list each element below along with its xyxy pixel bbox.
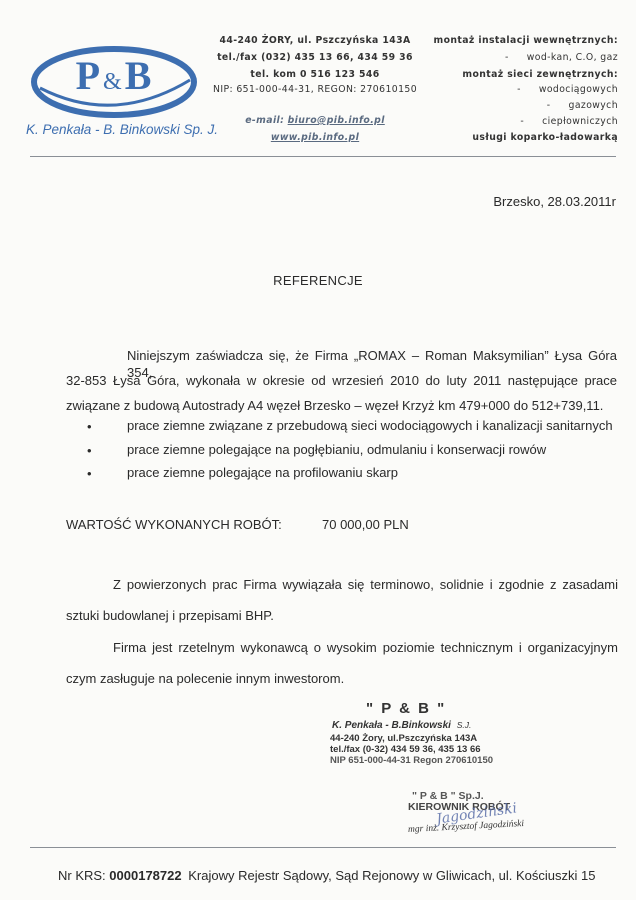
value-amount: 70 000,00 PLN <box>322 516 409 533</box>
stamp-owners-text: K. Penkała - B.Binkowski <box>332 720 451 731</box>
logo-letter-b: B <box>125 53 153 98</box>
krs-number: 0000178722 <box>109 868 181 883</box>
dash: - <box>520 116 524 127</box>
service-item: wodociągowych <box>539 84 618 95</box>
company-name: K. Penkała - B. Binkowski Sp. J. <box>22 122 222 137</box>
signatory-name: mgr inż. Krzysztof Jagodziński <box>408 819 524 835</box>
service-item: gazowych <box>569 100 618 111</box>
company-nip-regon: NIP: 651-000-44-31, REGON: 270610150 <box>200 84 430 95</box>
email-link[interactable]: biuro@pib.info.pl <box>288 115 385 126</box>
services-external-item: -gazowych <box>547 100 618 111</box>
company-address: 44-240 ŻORY, ul. Pszczyńska 143A <box>200 35 430 46</box>
bullet-icon: • <box>87 466 92 481</box>
stamp-owners: K. Penkała - B.Binkowski S.J. <box>332 720 471 731</box>
services-external-item: -ciepłowniczych <box>520 116 618 127</box>
value-label: WARTOŚĆ WYKONANYCH ROBÓT: <box>66 516 282 533</box>
paragraph-2-line-1: Z powierzonych prac Firma wywiązała się … <box>113 576 618 593</box>
services-internal-title: montaż instalacji wewnętrznych: <box>434 35 618 46</box>
work-item: prace ziemne polegające na profilowaniu … <box>127 465 398 480</box>
service-item: ciepłowniczych <box>542 116 618 127</box>
logo-letter-p: P <box>76 53 101 98</box>
footer-divider <box>30 847 616 848</box>
services-extra: usługi koparko-ładowarką <box>472 132 618 143</box>
paragraph-3-line-2: czym zasługuje na polecenie innym inwest… <box>66 670 344 687</box>
stamp-nip-regon: NIP 651-000-44-31 Regon 270610150 <box>330 755 493 766</box>
company-email-row: e-mail: biuro@pib.info.pl <box>200 115 430 126</box>
bullet-icon: • <box>87 443 92 458</box>
logo-ampersand: & <box>103 69 123 95</box>
document-title: REFERENCJE <box>0 272 636 289</box>
stamp-telfax: tel./fax (0-32) 434 59 36, 435 13 66 <box>330 744 481 755</box>
stamp-suffix: S.J. <box>457 720 472 730</box>
company-telfax: tel./fax (032) 435 13 66, 434 59 36 <box>200 52 430 63</box>
logo-mark: P&B <box>30 52 198 99</box>
header-divider <box>30 156 616 157</box>
paragraph-3-line-1: Firma jest rzetelnym wykonawcą o wysokim… <box>113 639 618 656</box>
bullet-icon: • <box>87 419 92 434</box>
court-info: Krajowy Rejestr Sądowy, Sąd Rejonowy w G… <box>188 868 595 883</box>
website-link[interactable]: www.pib.info.pl <box>271 132 359 143</box>
service-item: wod-kan, C.O, gaz <box>527 52 618 63</box>
footer: Nr KRS: 0000178722 Krajowy Rejestr Sądow… <box>58 868 596 883</box>
company-mobile: tel. kom 0 516 123 546 <box>200 69 430 80</box>
email-label: e-mail: <box>245 115 284 126</box>
dash: - <box>505 52 509 63</box>
paragraph-2-line-2: sztuki budowlanej i przepisami BHP. <box>66 607 274 624</box>
intro-line-3: związane z budową Autostrady A4 węzeł Br… <box>66 397 603 414</box>
dash: - <box>517 84 521 95</box>
services-internal-item: -wod-kan, C.O, gaz <box>505 52 618 63</box>
stamp-name: " P & B " <box>366 700 446 717</box>
place-date: Brzesko, 28.03.2011r <box>493 193 616 210</box>
dash: - <box>547 100 551 111</box>
company-website-row: www.pib.info.pl <box>200 132 430 143</box>
work-item: prace ziemne polegające na pogłębianiu, … <box>127 442 546 457</box>
stamp-address: 44-240 Żory, ul.Pszczyńska 143A <box>330 733 477 744</box>
services-external-title: montaż sieci zewnętrznych: <box>462 69 618 80</box>
work-item: prace ziemne związane z przebudową sieci… <box>127 418 613 433</box>
intro-line-2: 32-853 Łysa Góra, wykonała w okresie od … <box>66 372 617 389</box>
krs-label: Nr KRS: <box>58 868 106 883</box>
services-external-item: -wodociągowych <box>517 84 618 95</box>
